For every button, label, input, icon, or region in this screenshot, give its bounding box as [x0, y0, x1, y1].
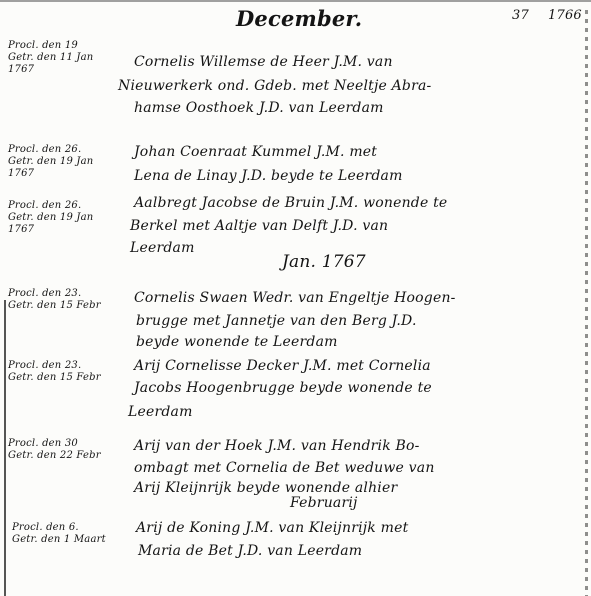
entry-5-margin-dates: Procl. den 23. Getr. den 15 Febr [8, 360, 101, 384]
entry-5-line-1: Arij Cornelisse Decker J.M. met Cornelia [134, 358, 431, 374]
entry-7-margin-dates: Procl. den 6. Getr. den 1 Maart [12, 522, 106, 546]
year-top: 1766 [548, 8, 582, 23]
month-heading-jan-1767: Jan. 1767 [282, 252, 366, 272]
page-edge-top [0, 0, 591, 2]
entry-4-line-2: brugge met Jannetje van den Berg J.D. [136, 313, 417, 329]
entry-2-margin-dates: Procl. den 26. Getr. den 19 Jan 1767 [8, 144, 93, 180]
entry-3-line-2: Berkel met Aaltje van Delft J.D. van [130, 218, 388, 234]
entry-6-line-1: Arij van der Hoek J.M. van Hendrik Bo- [134, 438, 420, 454]
page-edge-right [585, 10, 588, 596]
entry-7-line-2: Maria de Bet J.D. van Leerdam [138, 543, 362, 559]
entry-3-margin-dates: Procl. den 26. Getr. den 19 Jan 1767 [8, 200, 93, 236]
month-heading-februarij: Februarij [290, 495, 358, 511]
folio-number: 37 [512, 8, 529, 23]
entry-3-line-1: Aalbregt Jacobse de Bruin J.M. wonende t… [134, 195, 447, 211]
entry-6-margin-dates: Procl. den 30 Getr. den 22 Febr [8, 438, 101, 462]
entry-1-line-1: Cornelis Willemse de Heer J.M. van [134, 54, 393, 70]
entry-2-line-2: Lena de Linay J.D. beyde te Leerdam [134, 168, 403, 184]
entry-1-margin-dates: Procl. den 19 Getr. den 11 Jan 1767 [8, 40, 93, 76]
register-page: December. 37 1766 Procl. den 19 Getr. de… [0, 0, 591, 596]
entry-5-line-3: Leerdam [128, 404, 193, 420]
entry-1-line-3: hamse Oosthoek J.D. van Leerdam [134, 100, 384, 116]
entry-6-line-3: Arij Kleijnrijk beyde wonende alhier [134, 480, 397, 496]
entry-3-line-3: Leerdam [130, 240, 195, 256]
entry-4-margin-dates: Procl. den 23. Getr. den 15 Febr [8, 288, 101, 312]
entry-7-line-1: Arij de Koning J.M. van Kleijnrijk met [136, 520, 408, 536]
entry-1-line-2: Nieuwerkerk ond. Gdeb. met Neeltje Abra- [118, 78, 431, 94]
page-heading: December. [236, 6, 362, 31]
entry-4-line-1: Cornelis Swaen Wedr. van Engeltje Hoogen… [134, 290, 456, 306]
entry-2-line-1: Johan Coenraat Kummel J.M. met [134, 144, 377, 160]
entry-5-line-2: Jacobs Hoogenbrugge beyde wonende te [134, 380, 432, 396]
entry-6-line-2: ombagt met Cornelia de Bet weduwe van [134, 460, 435, 476]
page-edge-left [4, 300, 6, 596]
entry-4-line-3: beyde wonende te Leerdam [136, 334, 338, 350]
